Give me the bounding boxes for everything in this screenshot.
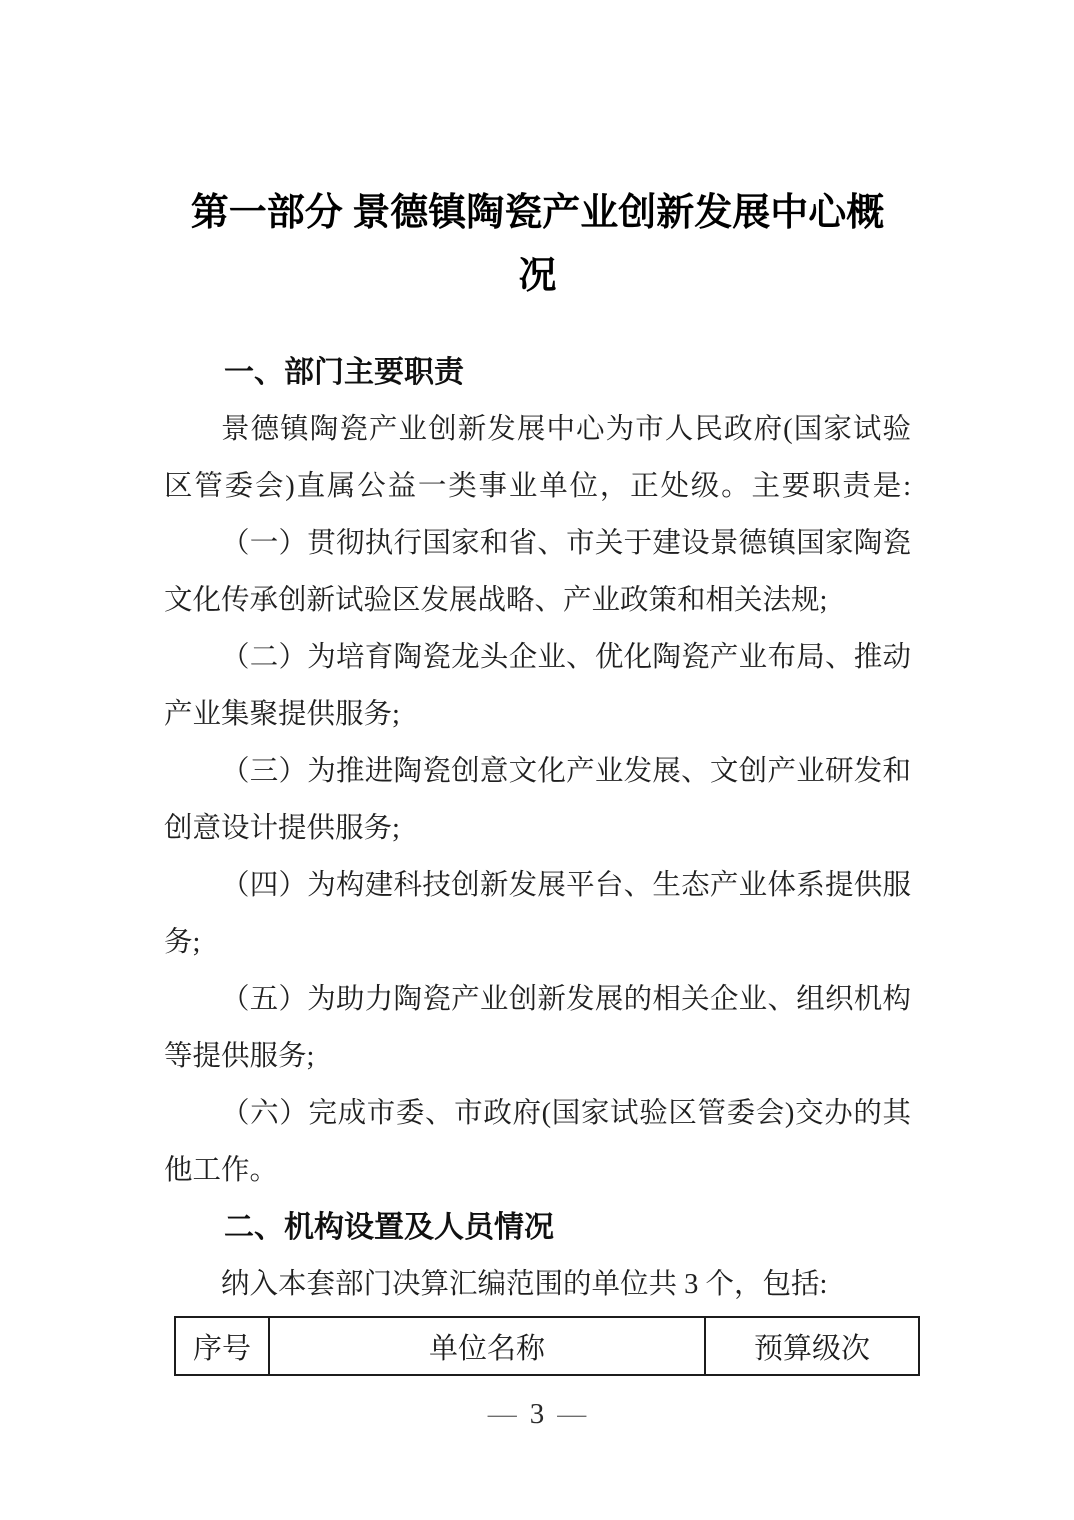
text-line: 产业集聚提供服务; [164,686,911,743]
duty-item-1: （一）贯彻执行国家和省、市关于建设景德镇国家陶瓷 文化传承创新试验区发展战略、产… [164,515,911,629]
text-line: 等提供服务; [164,1028,911,1085]
text-line: 他工作。 [164,1142,911,1199]
duty-item-5: （五）为助力陶瓷产业创新发展的相关企业、组织机构 等提供服务; [164,971,911,1085]
paragraph-units-scope: 纳入本套部门决算汇编范围的单位共 3 个，包括: [164,1256,911,1313]
page-footer: —3— [0,1398,1074,1431]
footer-left-dash: — [488,1398,517,1430]
page-number: 3 [530,1398,545,1430]
duty-item-3: （三）为推进陶瓷创意文化产业发展、文创产业研发和 创意设计提供服务; [164,743,911,857]
text-line: 文化传承创新试验区发展战略、产业政策和相关法规; [164,572,911,629]
document-title-line-1: 第一部分 景德镇陶瓷产业创新发展中心概 [164,182,911,245]
document-title: 第一部分 景德镇陶瓷产业创新发展中心概 况 [164,182,911,308]
units-table: 序号 单位名称 预算级次 [174,1316,920,1376]
duty-item-2: （二）为培育陶瓷龙头企业、优化陶瓷产业布局、推动 产业集聚提供服务; [164,629,911,743]
text-line: 务; [164,914,911,971]
duty-item-6: （六）完成市委、市政府(国家试验区管委会)交办的其 他工作。 [164,1085,911,1199]
units-table-header-budget-level: 预算级次 [705,1317,919,1375]
section-heading-duties: 一、部门主要职责 [164,344,911,401]
duty-item-4: （四）为构建科技创新发展平台、生态产业体系提供服 务; [164,857,911,971]
document-title-line-2: 况 [164,245,911,308]
units-table-header-row: 序号 单位名称 预算级次 [175,1317,919,1375]
units-table-header-serial: 序号 [175,1317,269,1375]
text-line: 区管委会)直属公益一类事业单位，正处级。主要职责是: [164,458,911,515]
text-line: （五）为助力陶瓷产业创新发展的相关企业、组织机构 [164,971,911,1028]
document-page: 第一部分 景德镇陶瓷产业创新发展中心概 况 一、部门主要职责 景德镇陶瓷产业创新… [0,0,1074,1520]
units-table-header-unit-name: 单位名称 [269,1317,705,1375]
text-line: （一）贯彻执行国家和省、市关于建设景德镇国家陶瓷 [164,515,911,572]
text-line: 景德镇陶瓷产业创新发展中心为市人民政府(国家试验 [164,401,911,458]
text-line: 创意设计提供服务; [164,800,911,857]
text-line: （二）为培育陶瓷龙头企业、优化陶瓷产业布局、推动 [164,629,911,686]
text-line: （四）为构建科技创新发展平台、生态产业体系提供服 [164,857,911,914]
section-heading-organization: 二、机构设置及人员情况 [164,1199,911,1256]
document-content: 第一部分 景德镇陶瓷产业创新发展中心概 况 一、部门主要职责 景德镇陶瓷产业创新… [164,182,911,1376]
footer-right-dash: — [557,1398,586,1430]
text-line: （三）为推进陶瓷创意文化产业发展、文创产业研发和 [164,743,911,800]
paragraph-intro: 景德镇陶瓷产业创新发展中心为市人民政府(国家试验 区管委会)直属公益一类事业单位… [164,401,911,515]
text-line: （六）完成市委、市政府(国家试验区管委会)交办的其 [164,1085,911,1142]
